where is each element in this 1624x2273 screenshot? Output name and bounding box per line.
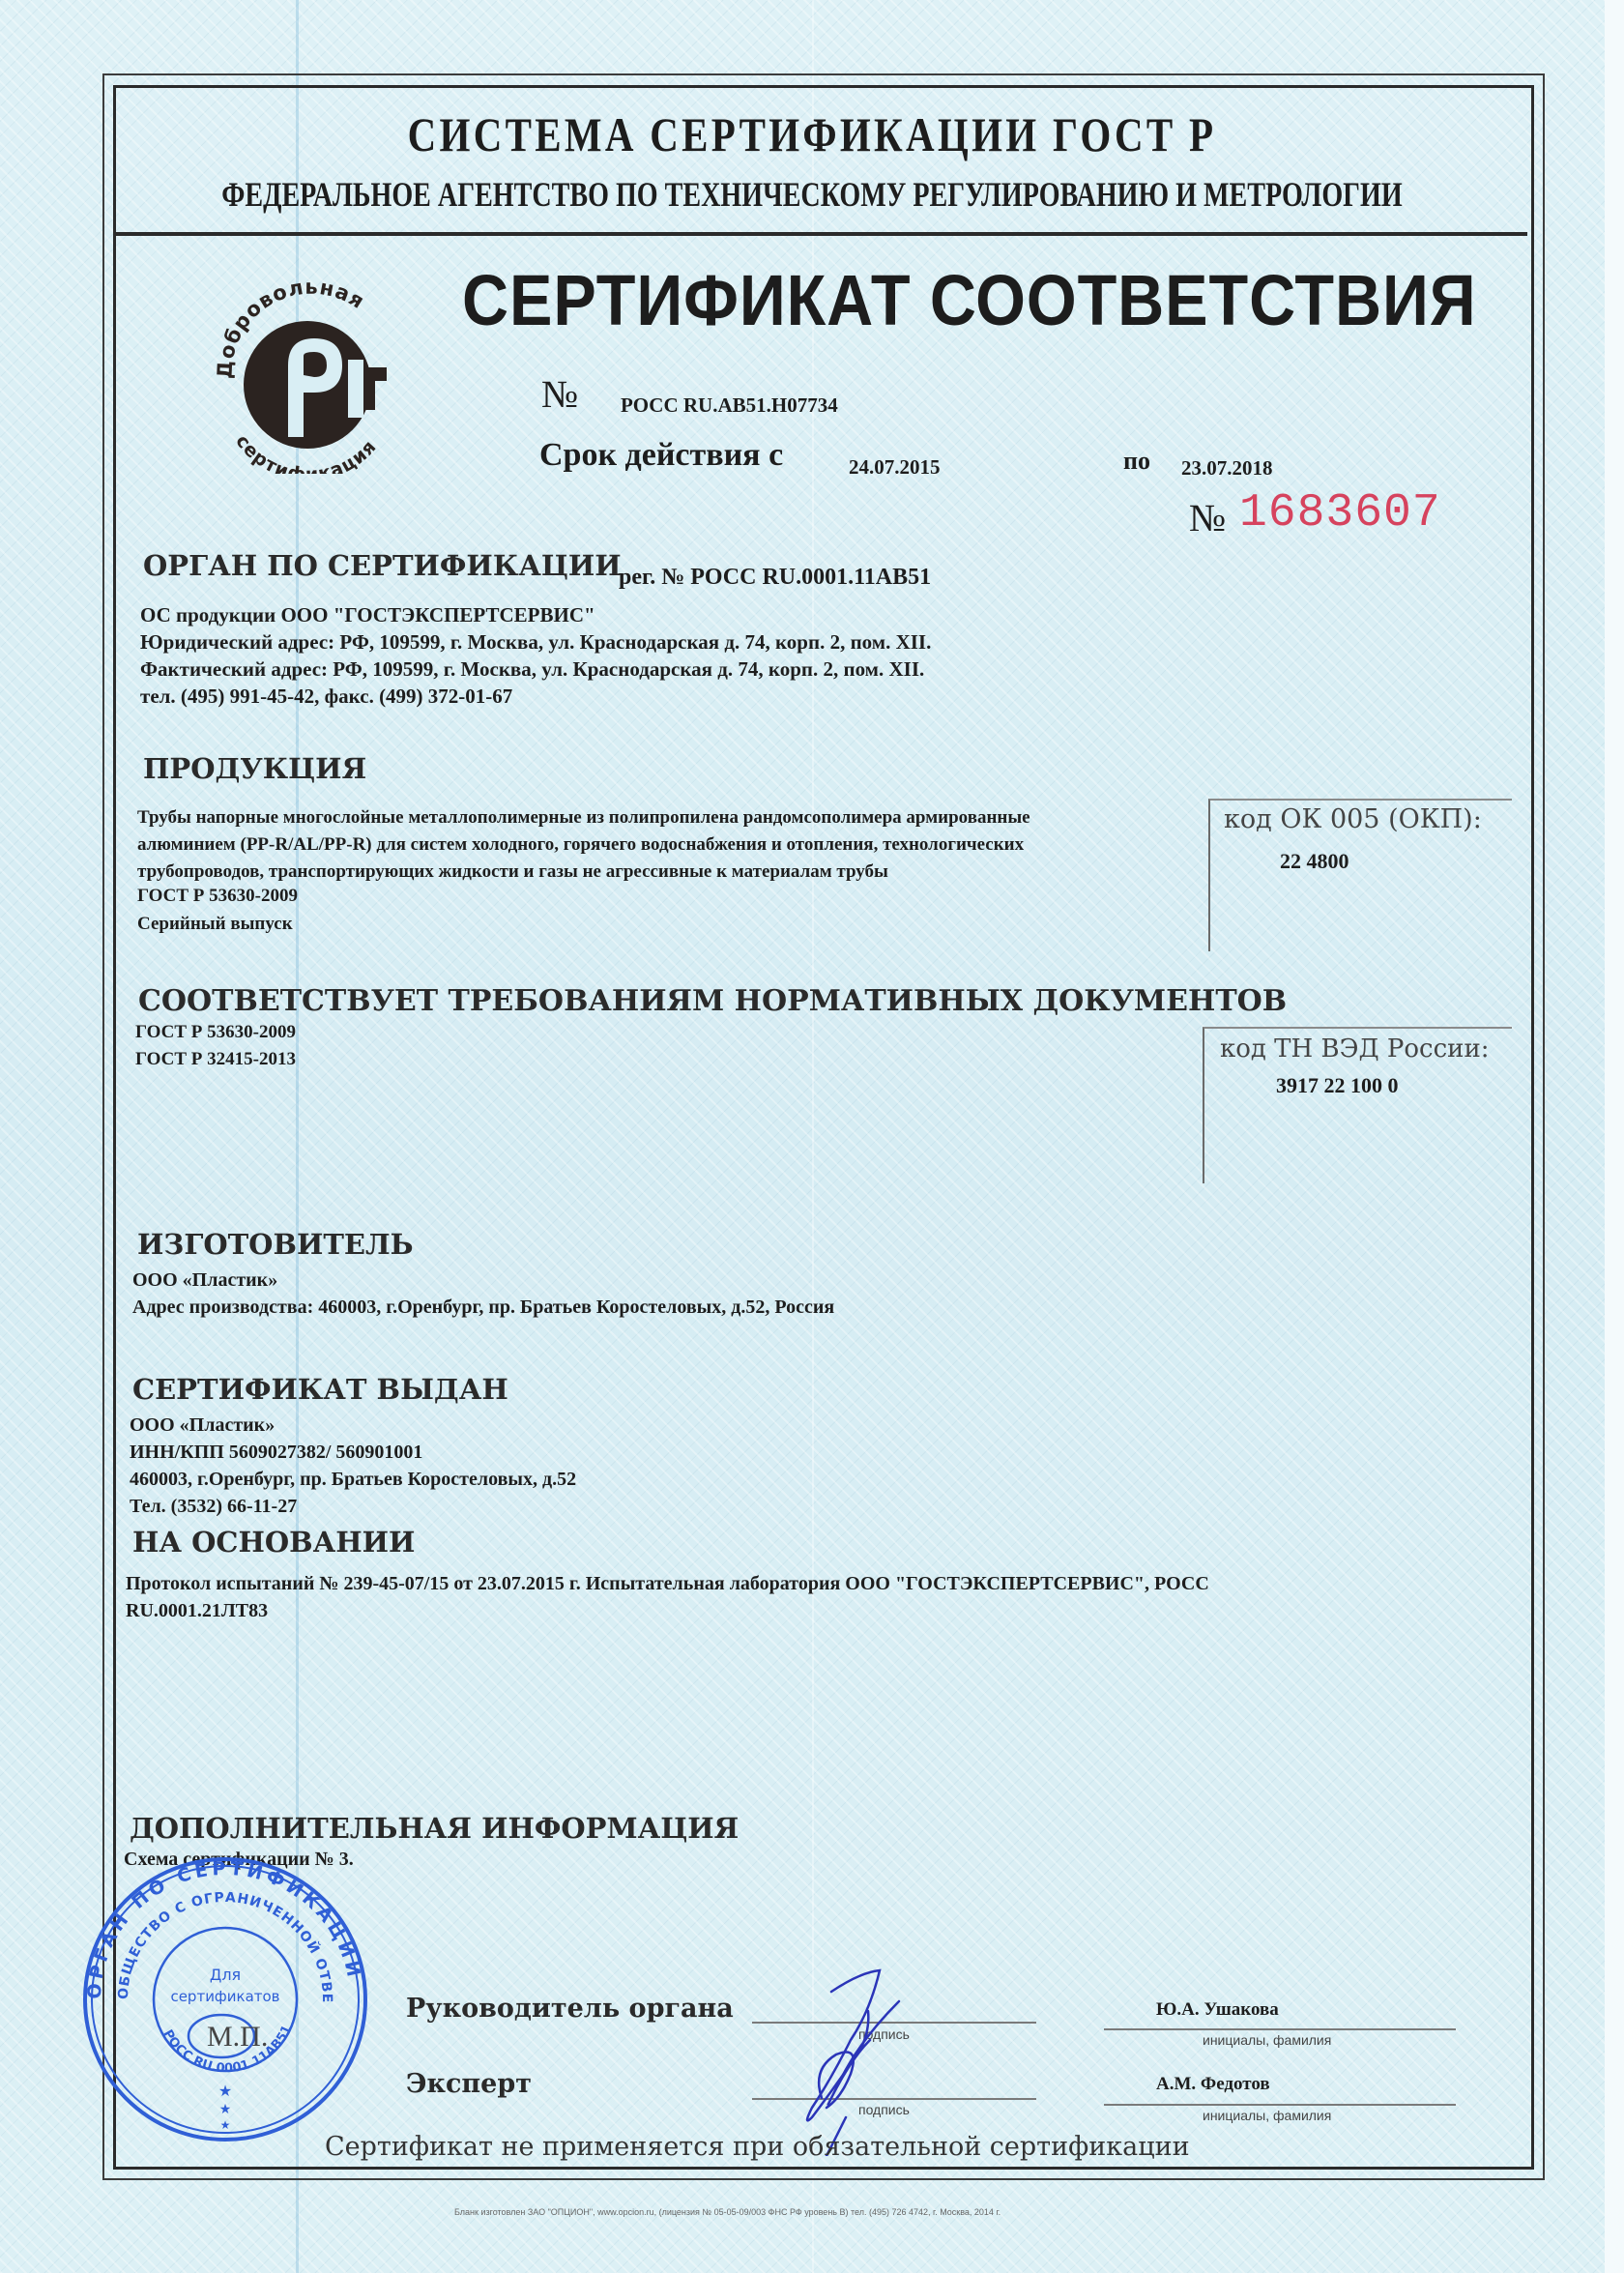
organ-line: Фактический адрес: РФ, 109599, г. Москва… — [140, 656, 931, 683]
manufacturer-line: Адрес производства: 460003, г.Оренбург, … — [132, 1294, 834, 1321]
issued-to-line: ООО «Пластик» — [130, 1412, 576, 1439]
basis-heading: НА ОСНОВАНИИ — [132, 1526, 415, 1559]
name-caption: инициалы, фамилия — [1203, 2032, 1331, 2048]
rst-logo-icon: Добровольная сертификация — [203, 271, 416, 474]
svg-text:★: ★ — [219, 2102, 232, 2117]
conformity-standards: ГОСТ Р 53630-2009 ГОСТ Р 32415-2013 — [135, 1019, 296, 1073]
organ-line: Юридический адрес: РФ, 109599, г. Москва… — [140, 628, 931, 656]
organ-line: тел. (495) 991-45-42, факс. (499) 372-01… — [140, 683, 931, 710]
okp-label: код ОК 005 (ОКП): — [1224, 804, 1482, 834]
system-title: СИСТЕМА СЕРТИФИКАЦИИ ГОСТ Р — [146, 106, 1478, 162]
standard-item: ГОСТ Р 53630-2009 — [135, 1019, 296, 1046]
product-line: ГОСТ Р 53630-2009 — [137, 886, 1201, 907]
conformity-heading: СООТВЕТСТВУЕТ ТРЕБОВАНИЯМ НОРМАТИВНЫХ ДО… — [138, 984, 1287, 1018]
expert-name-line — [1104, 2104, 1456, 2106]
product-heading: ПРОДУКЦИЯ — [143, 752, 366, 785]
organ-details: ОС продукции ООО "ГОСТЭКСПЕРТСЕРВИС" Юри… — [140, 601, 931, 710]
issued-to-line: Тел. (3532) 66-11-27 — [130, 1493, 576, 1520]
footer-note: Сертификат не применяется при обязательн… — [325, 2132, 1190, 2162]
issued-to-heading: СЕРТИФИКАТ ВЫДАН — [132, 1373, 508, 1406]
head-name: Ю.А. Ушакова — [1156, 1999, 1279, 2021]
serial-label: № — [1189, 495, 1226, 540]
issued-to-details: ООО «Пластик» ИНН/КПП 5609027382/ 560901… — [130, 1412, 576, 1520]
manufacturer-line: ООО «Пластик» — [132, 1267, 834, 1294]
organ-reg-number: рег. № РОСС RU.0001.11АВ51 — [619, 565, 931, 591]
official-stamp-icon: ОРГАН ПО СЕРТИФИКАЦИИ ПРОДУКЦИИ ОБЩЕСТВО… — [72, 1854, 379, 2144]
name-caption: инициалы, фамилия — [1203, 2108, 1331, 2123]
okp-code: 22 4800 — [1280, 849, 1349, 874]
product-line: трубопроводов, транспортирующих жидкости… — [137, 859, 1201, 886]
manufacturer-details: ООО «Пластик» Адрес производства: 460003… — [132, 1267, 834, 1321]
agency-name: ФЕДЕРАЛЬНОЕ АГЕНТСТВО ПО ТЕХНИЧЕСКОМУ РЕ… — [179, 174, 1445, 215]
certificate-title: СЕРТИФИКАТ СООТВЕТСТВИЯ — [462, 259, 1477, 341]
paper-edge — [1605, 0, 1624, 2273]
product-line: Трубы напорные многослойные металлополим… — [137, 804, 1201, 831]
manufacturer-heading: ИЗГОТОВИТЕЛЬ — [137, 1228, 414, 1261]
stamp-mp-label: М.П. — [207, 2021, 268, 2053]
issued-to-line: ИНН/КПП 5609027382/ 560901001 — [130, 1439, 576, 1466]
stamp-center-line2: сертификатов — [170, 1988, 279, 2005]
basis-line: RU.0001.21ЛТ83 — [126, 1597, 1209, 1624]
tnved-label: код ТН ВЭД России: — [1220, 1035, 1490, 1064]
product-details: Трубы напорные многослойные металлополим… — [137, 804, 1201, 938]
header-divider — [116, 232, 1527, 236]
product-line: Серийный выпуск — [137, 911, 1201, 938]
product-line: алюминием (PP-R/AL/PP-R) для систем холо… — [137, 831, 1201, 859]
head-role-label: Руководитель органа — [406, 1994, 734, 2024]
expert-name: А.М. Федотов — [1156, 2074, 1270, 2095]
issued-to-line: 460003, г.Оренбург, пр. Братьев Коростел… — [130, 1466, 576, 1493]
serial-number: 1683607 — [1239, 487, 1441, 539]
validity-label: Срок действия с — [539, 437, 783, 474]
number-label: № — [541, 371, 578, 417]
svg-text:★: ★ — [218, 2082, 232, 2100]
organ-heading: ОРГАН ПО СЕРТИФИКАЦИИ — [143, 549, 622, 582]
certificate-number: РОСС RU.АВ51.Н07734 — [621, 393, 838, 418]
head-name-line — [1104, 2028, 1456, 2030]
valid-from-date: 24.07.2015 — [849, 455, 941, 480]
tnved-code: 3917 22 100 0 — [1276, 1073, 1399, 1098]
expert-role-label: Эксперт — [406, 2069, 532, 2099]
additional-info-heading: ДОПОЛНИТЕЛЬНАЯ ИНФОРМАЦИЯ — [130, 1812, 739, 1845]
svg-text:★: ★ — [220, 2118, 231, 2132]
standard-item: ГОСТ Р 32415-2013 — [135, 1046, 296, 1073]
basis-details: Протокол испытаний № 239-45-07/15 от 23.… — [126, 1570, 1209, 1624]
valid-to-date: 23.07.2018 — [1181, 456, 1273, 481]
valid-to-label: по — [1123, 447, 1150, 476]
stamp-center-line1: Для — [210, 1966, 241, 1984]
organ-line: ОС продукции ООО "ГОСТЭКСПЕРТСЕРВИС" — [140, 601, 931, 628]
handwritten-signature-icon — [754, 1953, 947, 2156]
basis-line: Протокол испытаний № 239-45-07/15 от 23.… — [126, 1570, 1209, 1597]
printer-note: Бланк изготовлен ЗАО "ОПЦИОН", www.opcio… — [454, 2207, 1000, 2217]
